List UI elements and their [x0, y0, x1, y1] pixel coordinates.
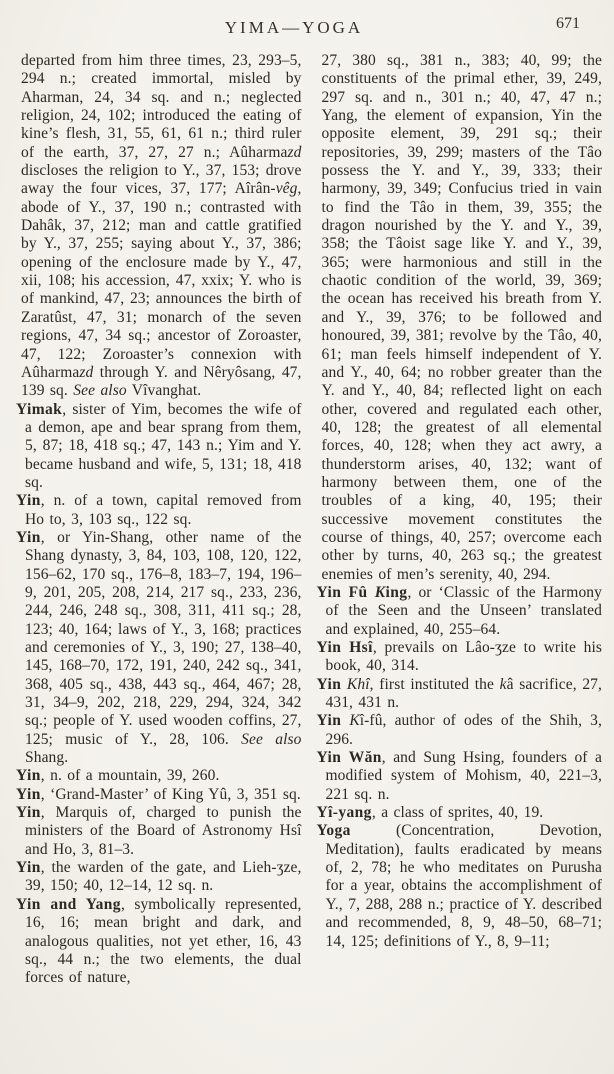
entry-yin-fu-king: Yin Fû King, or ‘Classic of the Harmony …: [317, 584, 603, 639]
entry-yin-grand-master: Yin, ‘Grand-Master’ of King Yû, 3, 351 s…: [16, 786, 302, 804]
entry-yoga: Yoga (Concentration, Devotion, Meditatio…: [317, 822, 603, 950]
left-column: departed from him three times, 23, 293–5…: [16, 52, 302, 988]
entry-yimak: Yimak, sister of Yim, becomes the wife o…: [16, 401, 302, 493]
index-columns: departed from him three times, 23, 293–5…: [16, 52, 602, 988]
page-number: 671: [556, 15, 580, 33]
entry-yin-shang: Yin, or Yin-Shang, other name of the Sha…: [16, 529, 302, 767]
page-header: YIMA—YOGA 671: [16, 12, 602, 52]
entry-yin-ki-fu: Yin Kî-fû, author of odes of the Shih, 3…: [317, 712, 603, 749]
right-column: 27, 380 sq., 381 n., 383; 40, 99; the co…: [317, 52, 603, 988]
entry-yin-town: Yin, n. of a town, capital removed from …: [16, 492, 302, 529]
running-title: YIMA—YOGA: [16, 18, 572, 38]
entry-yi-yang: Yî-yang, a class of sprites, 40, 19.: [317, 804, 603, 822]
entry-yin-and-yang: Yin and Yang, symbolically represented, …: [16, 896, 302, 988]
entry-yin-khi: Yin Khî, first instituted the kâ sacrifi…: [317, 676, 603, 713]
entry-yin-and-yang-continuation: 27, 380 sq., 381 n., 383; 40, 99; the co…: [317, 52, 603, 584]
entry-yima-continuation: departed from him three times, 23, 293–5…: [16, 52, 302, 401]
entry-yin-marquis: Yin, Marquis of, charged to punish the m…: [16, 804, 302, 859]
entry-yin-warden: Yin, the warden of the gate, and Lieh-ʒz…: [16, 859, 302, 896]
entry-yin-wan: Yin Wăn, and Sung Hsing, founders of a m…: [317, 749, 603, 804]
entry-yin-hsi: Yin Hsî, prevails on Lâo-ʒze to write hi…: [317, 639, 603, 676]
entry-yin-mountain: Yin, n. of a mountain, 39, 260.: [16, 767, 302, 785]
book-page: YIMA—YOGA 671 departed from him three ti…: [0, 0, 614, 1074]
